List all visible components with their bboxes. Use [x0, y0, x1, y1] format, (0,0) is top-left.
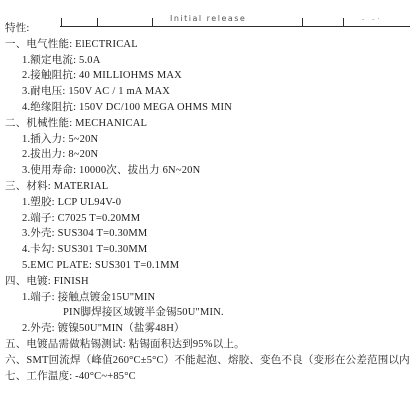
spec-line: PIN脚焊接区域镀半金锡50U"MIN.: [0, 305, 410, 321]
spec-line: 2.拔出力: 8~20N: [0, 147, 410, 163]
spec-line: 4.绝缘阻抗: 150V DC/100 MEGA OHMS MIN: [0, 100, 410, 116]
spec-line: 六、SMT回流焊（峰值260°C±5°C）不能起泡、熔胶、变色不良（变形在公差范…: [0, 353, 410, 369]
spec-line: 1.额定电流: 5.0A: [0, 53, 410, 69]
spec-line: 三、材料: MATERIAL: [0, 179, 410, 195]
spec-document-page: Initial release - -· 特性:一、电气性能: ElECTRIC…: [0, 0, 410, 410]
spec-line: 3.外壳: SUS304 T=0.30MM: [0, 226, 410, 242]
spec-line: 四、电镀: FINISH: [0, 274, 410, 290]
spec-line: 1.塑胶: LCP UL94V-0: [0, 195, 410, 211]
spec-line: 二、机械性能: MECHANICAL: [0, 116, 410, 132]
spec-line: 2.端子: C7025 T=0.20MM: [0, 211, 410, 227]
spec-line: 特性:: [0, 21, 410, 37]
spec-line: 1.插入力: 5~20N: [0, 132, 410, 148]
spec-line: 七、工作温度: -40°C~+85°C: [0, 369, 410, 385]
spec-line: 2.接触阻抗: 40 MILLIOHMS MAX: [0, 68, 410, 84]
spec-text-body: 特性:一、电气性能: ElECTRICAL1.额定电流: 5.0A2.接触阻抗:…: [0, 21, 410, 384]
spec-line: 五、电镀品需做粘锡测试: 粘锡面积达到95%以上。: [0, 337, 410, 353]
spec-line: 2.外壳: 镀镍50U"MIN（盐雾48H）: [0, 321, 410, 337]
spec-line: 5.EMC PLATE: SUS301 T=0.1MM: [0, 258, 410, 274]
spec-line: 3.使用寿命: 10000次、拔出力 6N~20N: [0, 163, 410, 179]
spec-line: 一、电气性能: ElECTRICAL: [0, 37, 410, 53]
spec-line: 4.卡勾: SUS301 T=0.30MM: [0, 242, 410, 258]
spec-line: 1.端子: 接触点镀金15U"MIN: [0, 290, 410, 306]
spec-line: 3.耐电压: 150V AC / 1 mA MAX: [0, 84, 410, 100]
